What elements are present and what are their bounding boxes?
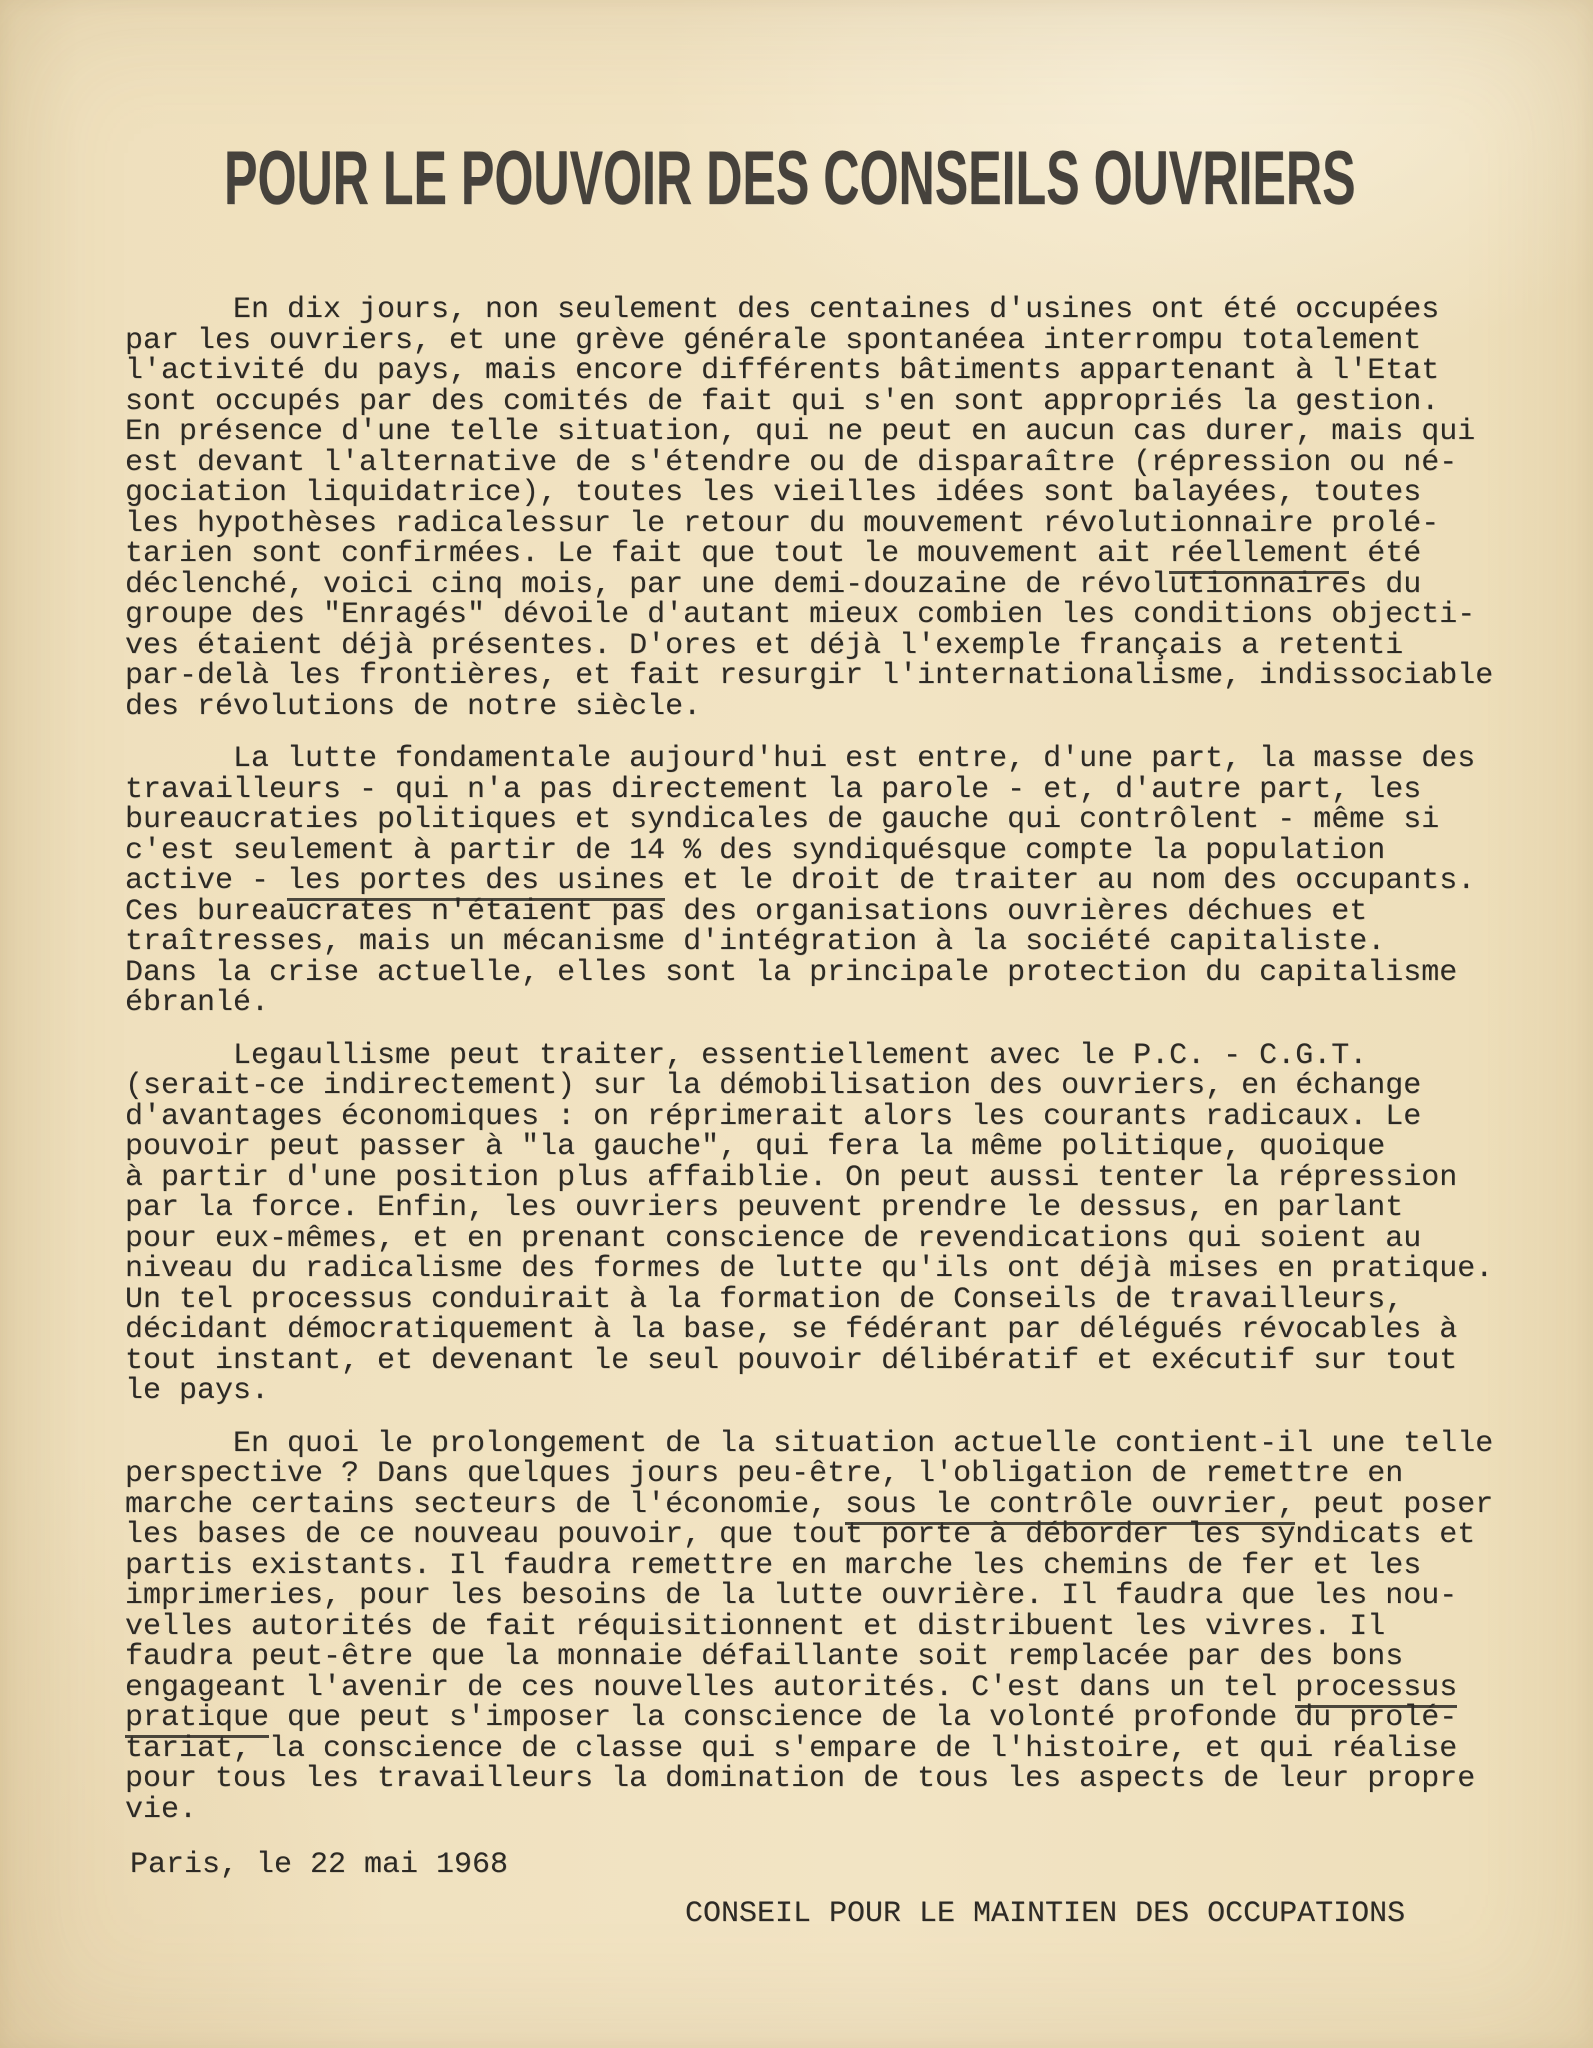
document-title: POUR LE POUVOIR DES CONSEILS OUVRIERS bbox=[224, 141, 1128, 217]
text-line: En présence d'une telle situation, qui n… bbox=[125, 417, 1593, 448]
text-line: les hypothèses radicalessur le retour du… bbox=[125, 509, 1593, 540]
text-line: En quoi le prolongement de la situation … bbox=[125, 1429, 1593, 1460]
paragraph: En quoi le prolongement de la situation … bbox=[125, 1429, 1593, 1826]
text-line: niveau du radicalisme des formes de lutt… bbox=[125, 1254, 1593, 1285]
text-line: par-delà les frontières, et fait resurgi… bbox=[125, 661, 1593, 692]
document-page: POUR LE POUVOIR DES CONSEILS OUVRIERS En… bbox=[0, 0, 1593, 1929]
text-line: perspective ? Dans quelques jours peu-êt… bbox=[125, 1459, 1593, 1490]
text-line: (serait-ce indirectement) sur la démobil… bbox=[125, 1071, 1593, 1102]
text-line: pour eux-mêmes, et en prenant conscience… bbox=[125, 1224, 1593, 1255]
text-line: tout instant, et devenant le seul pouvoi… bbox=[125, 1346, 1593, 1377]
text-line: pratique que peut s'imposer la conscienc… bbox=[125, 1703, 1593, 1734]
text-line: engageant l'avenir de ces nouvelles auto… bbox=[125, 1673, 1593, 1704]
text-line: des révolutions de notre siècle. bbox=[125, 692, 1593, 723]
text-line: groupe des "Enragés" dévoile d'autant mi… bbox=[125, 600, 1593, 631]
text-line: Dans la crise actuelle, elles sont la pr… bbox=[125, 958, 1593, 989]
text-line: faudra peut-être que la monnaie défailla… bbox=[125, 1642, 1593, 1673]
document-body: En dix jours, non seulement des centaine… bbox=[125, 295, 1593, 1825]
text-line: d'avantages économiques : on réprimerait… bbox=[125, 1102, 1593, 1133]
text-line: les bases de ce nouveau pouvoir, que tou… bbox=[125, 1520, 1593, 1551]
text-line: c'est seulement à partir de 14 % des syn… bbox=[125, 836, 1593, 867]
text-line: velles autorités de fait réquisitionnent… bbox=[125, 1612, 1593, 1643]
text-line: Ces bureaucrates n'étaient pas des organ… bbox=[125, 897, 1593, 928]
text-line: partis existants. Il faudra remettre en … bbox=[125, 1551, 1593, 1582]
text-line: pouvoir peut passer à "la gauche", qui f… bbox=[125, 1132, 1593, 1163]
text-line: gociation liquidatrice), toutes les viei… bbox=[125, 478, 1593, 509]
text-line: traîtresses, mais un mécanisme d'intégra… bbox=[125, 927, 1593, 958]
text-line: travailleurs - qui n'a pas directement l… bbox=[125, 775, 1593, 806]
text-line: l'activité du pays, mais encore différen… bbox=[125, 356, 1593, 387]
text-line: Legaullisme peut traiter, essentiellemen… bbox=[125, 1041, 1593, 1072]
text-line: par la force. Enfin, les ouvriers peuven… bbox=[125, 1193, 1593, 1224]
text-line: décidant démocratiquement à la base, se … bbox=[125, 1315, 1593, 1346]
text-line: le pays. bbox=[125, 1376, 1593, 1407]
dateline: Paris, le 22 mai 1968 bbox=[130, 1850, 1593, 1881]
text-line: ves étaient déjà présentes. D'ores et dé… bbox=[125, 631, 1593, 662]
text-line: à partir d'une position plus affaiblie. … bbox=[125, 1163, 1593, 1194]
scanned-leaflet: { "page": { "title": "POUR LE POUVOIR DE… bbox=[0, 0, 1593, 2048]
text-line: déclenché, voici cinq mois, par une demi… bbox=[125, 570, 1593, 601]
text-line: marche certains secteurs de l'économie, … bbox=[125, 1490, 1593, 1521]
signature: CONSEIL POUR LE MAINTIEN DES OCCUPATIONS bbox=[685, 1899, 1593, 1930]
text-line: Un tel processus conduirait à la formati… bbox=[125, 1285, 1593, 1316]
text-line: vie. bbox=[125, 1795, 1593, 1826]
paragraph: Legaullisme peut traiter, essentiellemen… bbox=[125, 1041, 1593, 1407]
text-line: En dix jours, non seulement des centaine… bbox=[125, 295, 1593, 326]
text-line: active - les portes des usines et le dro… bbox=[125, 866, 1593, 897]
text-line: est devant l'alternative de s'étendre ou… bbox=[125, 448, 1593, 479]
text-line: pour tous les travailleurs la domination… bbox=[125, 1764, 1593, 1795]
text-line: tariat, la conscience de classe qui s'em… bbox=[125, 1734, 1593, 1765]
text-line: par les ouvriers, et une grève générale … bbox=[125, 326, 1593, 357]
text-line: ébranlé. bbox=[125, 988, 1593, 1019]
text-line: bureaucraties politiques et syndicales d… bbox=[125, 805, 1593, 836]
paragraph: La lutte fondamentale aujourd'hui est en… bbox=[125, 744, 1593, 1019]
paragraph: En dix jours, non seulement des centaine… bbox=[125, 295, 1593, 722]
text-line: imprimeries, pour les besoins de la lutt… bbox=[125, 1581, 1593, 1612]
text-line: tarien sont confirmées. Le fait que tout… bbox=[125, 539, 1593, 570]
text-line: La lutte fondamentale aujourd'hui est en… bbox=[125, 744, 1593, 775]
text-line: sont occupés par des comités de fait qui… bbox=[125, 387, 1593, 418]
